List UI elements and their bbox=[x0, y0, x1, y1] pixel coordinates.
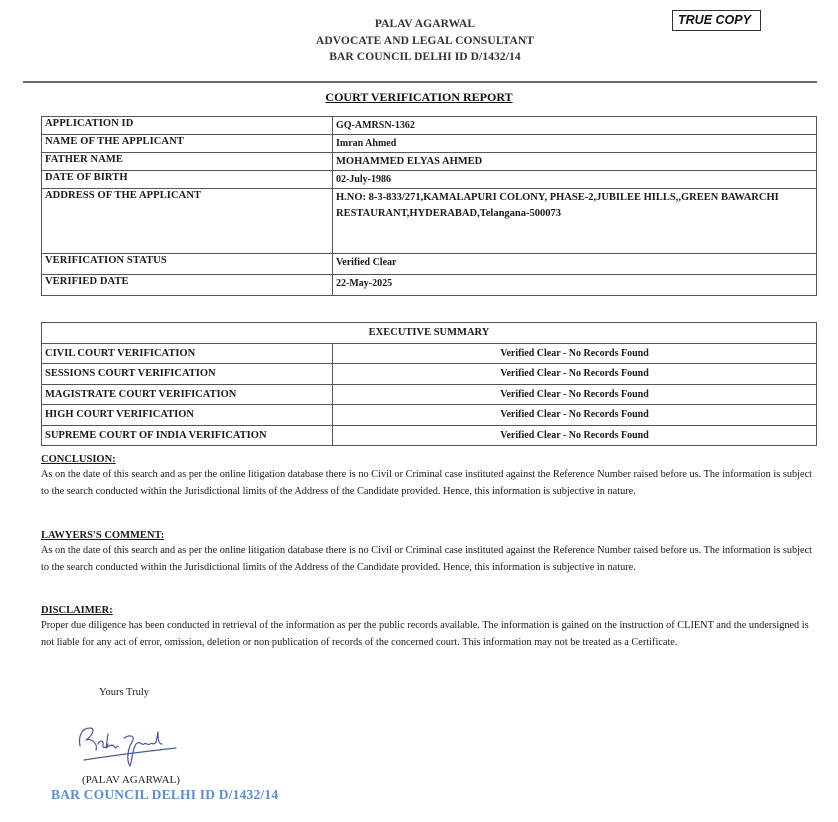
table-row: VERIFIED DATE 22-May-2025 bbox=[42, 275, 817, 296]
conclusion-text: As on the date of this search and as per… bbox=[41, 469, 812, 497]
application-id-value: GQ-AMRSN-1362 bbox=[333, 117, 817, 135]
row-value: Verified Clear - No Records Found bbox=[333, 364, 817, 385]
true-copy-stamp: TRUE COPY bbox=[672, 10, 761, 31]
father-name-value: MOHAMMED ELYAS AHMED bbox=[333, 153, 817, 171]
row-value: Verified Clear - No Records Found bbox=[333, 384, 817, 405]
executive-summary-heading: EXECUTIVE SUMMARY bbox=[42, 323, 817, 344]
row-label: SUPREME COURT OF INDIA VERIFICATION bbox=[42, 425, 333, 446]
row-label: ADDRESS OF THE APPLICANT bbox=[42, 189, 333, 254]
table-row: MAGISTRATE COURT VERIFICATION Verified C… bbox=[42, 384, 817, 405]
letterhead-bar-id: BAR COUNCIL DELHI ID D/1432/14 bbox=[280, 49, 570, 66]
applicant-details-table: APPLICATION ID GQ-AMRSN-1362 NAME OF THE… bbox=[41, 116, 817, 296]
table-row: VERIFICATION STATUS Verified Clear bbox=[42, 254, 817, 275]
applicant-name-value: Imran Ahmed bbox=[333, 135, 817, 153]
date-of-birth-value: 02-July-1986 bbox=[333, 171, 817, 189]
table-row: SUPREME COURT OF INDIA VERIFICATION Veri… bbox=[42, 425, 817, 446]
disclaimer-section: DISCLAIMER: Proper due diligence has bee… bbox=[41, 604, 821, 651]
signer-name: (PALAV AGARWAL) bbox=[82, 774, 180, 786]
row-label: VERIFIED DATE bbox=[42, 275, 333, 296]
table-row: APPLICATION ID GQ-AMRSN-1362 bbox=[42, 117, 817, 135]
lawyers-comment-heading: LAWYERS'S COMMENT: bbox=[41, 529, 821, 543]
letterhead: PALAV AGARWAL ADVOCATE AND LEGAL CONSULT… bbox=[280, 16, 570, 66]
row-label: APPLICATION ID bbox=[42, 117, 333, 135]
row-label: VERIFICATION STATUS bbox=[42, 254, 333, 275]
advocate-title: ADVOCATE AND LEGAL CONSULTANT bbox=[280, 33, 570, 50]
row-label: CIVIL COURT VERIFICATION bbox=[42, 343, 333, 364]
verified-date-value: 22-May-2025 bbox=[333, 275, 817, 296]
conclusion-section: CONCLUSION: As on the date of this searc… bbox=[41, 453, 821, 500]
report-title: COURT VERIFICATION REPORT bbox=[0, 90, 838, 105]
executive-summary-table: EXECUTIVE SUMMARY CIVIL COURT VERIFICATI… bbox=[41, 322, 817, 446]
signer-bar-council-id: BAR COUNCIL DELHI ID D/1432/14 bbox=[51, 787, 278, 803]
lawyers-comment-section: LAWYERS'S COMMENT: As on the date of thi… bbox=[41, 529, 821, 576]
row-label: DATE OF BIRTH bbox=[42, 171, 333, 189]
row-label: MAGISTRATE COURT VERIFICATION bbox=[42, 384, 333, 405]
table-row: DATE OF BIRTH 02-July-1986 bbox=[42, 171, 817, 189]
conclusion-heading: CONCLUSION: bbox=[41, 453, 821, 467]
table-row: CIVIL COURT VERIFICATION Verified Clear … bbox=[42, 343, 817, 364]
row-label: HIGH COURT VERIFICATION bbox=[42, 405, 333, 426]
table-row: FATHER NAME MOHAMMED ELYAS AHMED bbox=[42, 153, 817, 171]
row-value: Verified Clear - No Records Found bbox=[333, 343, 817, 364]
closing-salutation: Yours Truly bbox=[99, 687, 149, 698]
lawyers-comment-text: As on the date of this search and as per… bbox=[41, 545, 812, 573]
verification-status-value: Verified Clear bbox=[333, 254, 817, 275]
header-divider bbox=[23, 81, 817, 83]
row-value: Verified Clear - No Records Found bbox=[333, 425, 817, 446]
address-value: H.NO: 8-3-833/271,KAMALAPURI COLONY, PHA… bbox=[333, 189, 817, 254]
table-row: HIGH COURT VERIFICATION Verified Clear -… bbox=[42, 405, 817, 426]
row-label: SESSIONS COURT VERIFICATION bbox=[42, 364, 333, 385]
disclaimer-text: Proper due diligence has been conducted … bbox=[41, 620, 809, 648]
row-label: FATHER NAME bbox=[42, 153, 333, 171]
advocate-name: PALAV AGARWAL bbox=[280, 16, 570, 33]
signature-icon bbox=[70, 716, 190, 776]
table-header-row: EXECUTIVE SUMMARY bbox=[42, 323, 817, 344]
table-row: SESSIONS COURT VERIFICATION Verified Cle… bbox=[42, 364, 817, 385]
table-row: NAME OF THE APPLICANT Imran Ahmed bbox=[42, 135, 817, 153]
row-label: NAME OF THE APPLICANT bbox=[42, 135, 333, 153]
row-value: Verified Clear - No Records Found bbox=[333, 405, 817, 426]
table-row: ADDRESS OF THE APPLICANT H.NO: 8-3-833/2… bbox=[42, 189, 817, 254]
disclaimer-heading: DISCLAIMER: bbox=[41, 604, 821, 618]
